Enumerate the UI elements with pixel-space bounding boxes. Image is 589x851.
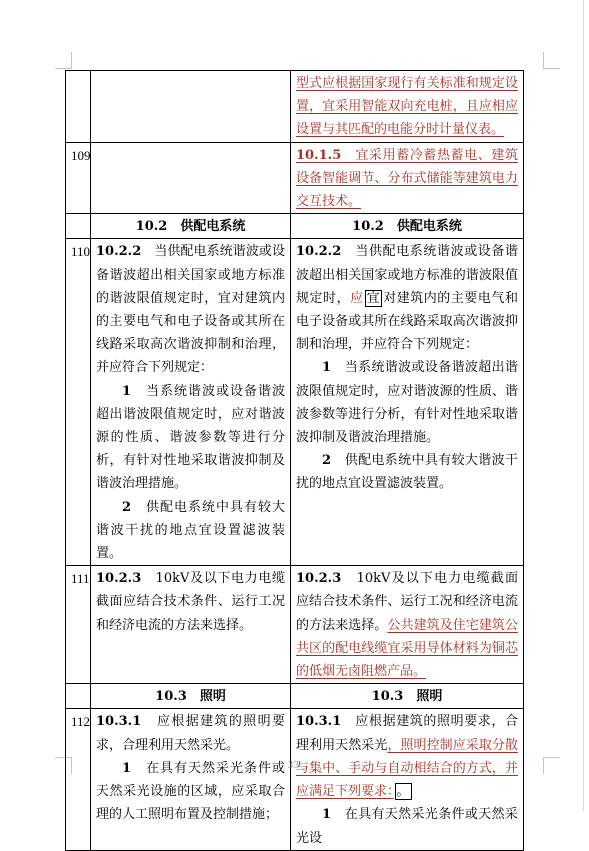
- table-row: 10910.1.5 宜采用蓄冷蓄热蓄电、建筑设备智能调节、分布式储能等建筑电力交…: [66, 142, 524, 214]
- page-right-edge: [583, 0, 584, 811]
- revised-text-cell: 10.2.3 10kV及以下电力电缆截面应结合技术条件、运行工况和经济电流的方法…: [291, 566, 524, 684]
- original-text-cell: 10.2.2 当供配电系统谐波或设备谐波超出相关国家或地方标准的谐波限值规定时，…: [91, 239, 291, 566]
- original-text-cell: [91, 142, 291, 214]
- section-header-original: 10.2 供配电系统: [91, 214, 291, 239]
- crop-mark-top-right: [543, 52, 560, 69]
- original-text-cell: 10.2.3 10kV及以下电力电缆截面应结合技术条件、运行工况和经济电流的方法…: [91, 566, 291, 684]
- row-number-cell: [66, 684, 91, 709]
- revised-text-cell: 10.1.5 宜采用蓄冷蓄热蓄电、建筑设备智能调节、分布式储能等建筑电力交互技术…: [291, 142, 524, 214]
- section-header-row: 10.3 照明10.3 照明: [66, 684, 524, 709]
- row-number-cell: [66, 214, 91, 239]
- table-row: 型式应根据国家现行有关标准和规定设置，宜采用智能双向充电桩，且应相应设置与其匹配…: [66, 71, 524, 143]
- comparison-table-body: 型式应根据国家现行有关标准和规定设置，宜采用智能双向充电桩，且应相应设置与其匹配…: [66, 71, 524, 812]
- revised-text-cell: 10.2.2 当供配电系统谐波或设备谐波超出相关国家或地方标准的谐波限值规定时，…: [291, 239, 524, 566]
- section-header-revised: 10.3 照明: [291, 684, 524, 709]
- revised-text-cell: 型式应根据国家现行有关标准和规定设置，宜采用智能双向充电桩，且应相应设置与其匹配…: [291, 71, 524, 143]
- table-row: 11010.2.2 当供配电系统谐波或设备谐波超出相关国家或地方标准的谐波限值规…: [66, 239, 524, 566]
- section-header-row: 10.2 供配电系统10.2 供配电系统: [66, 214, 524, 239]
- crop-mark-bottom-right: [543, 757, 560, 774]
- row-number-cell: 110: [66, 239, 91, 566]
- table-row: 11110.2.3 10kV及以下电力电缆截面应结合技术条件、运行工况和经济电流…: [66, 566, 524, 684]
- document-page: 型式应根据国家现行有关标准和规定设置，宜采用智能双向充电桩，且应相应设置与其匹配…: [0, 0, 589, 811]
- original-text-cell: [91, 71, 291, 143]
- section-header-revised: 10.2 供配电系统: [291, 214, 524, 239]
- row-number-cell: 111: [66, 566, 91, 684]
- comparison-table: 型式应根据国家现行有关标准和规定设置，宜采用智能双向充电桩，且应相应设置与其匹配…: [65, 70, 524, 811]
- row-number-cell: 109: [66, 142, 91, 214]
- page-number: 33: [65, 760, 523, 771]
- section-header-original: 10.3 照明: [91, 684, 291, 709]
- row-number-cell: [66, 71, 91, 143]
- crop-mark-top-left: [55, 52, 72, 69]
